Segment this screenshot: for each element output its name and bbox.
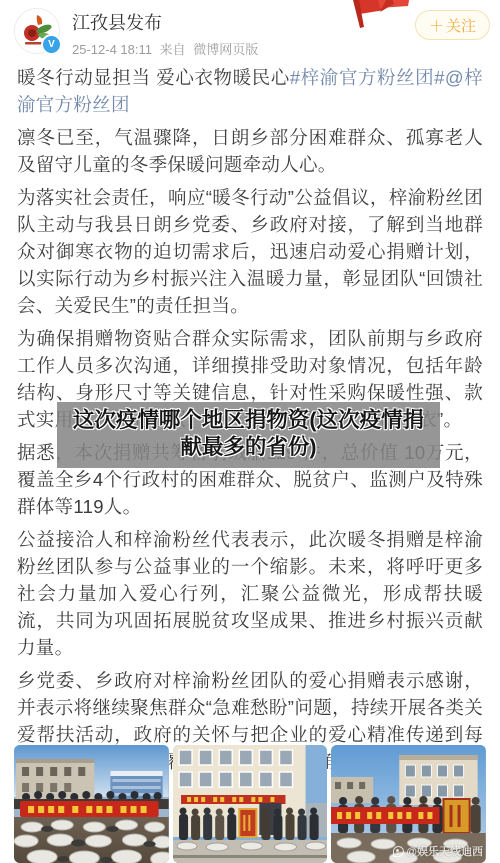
avatar[interactable]: V <box>14 8 60 54</box>
verified-badge-icon: V <box>41 34 62 55</box>
post-photo-3[interactable]: @娱乐天线迪西 <box>331 745 486 863</box>
follow-button[interactable]: ＋ 关注 <box>415 10 490 40</box>
post-title: 暖冬行动显担当 爱心衣物暖民心 <box>17 67 290 88</box>
post-header: V 江孜县发布 25-12-4 18:11 来自 微博网页版 ＋ 关注 <box>0 0 500 62</box>
timestamp: 25-12-4 18:11 <box>72 42 152 57</box>
watermark-title-overlay: 这次疫情哪个地区捐物资(这次疫情捐献最多的省份) <box>57 402 440 468</box>
paragraph: 凛冬已至，气温骤降，日朗乡部分困难群众、孤寡老人及留守儿童的冬季保暖问题牵动人心… <box>17 124 483 178</box>
source-prefix: 来自 <box>160 42 186 57</box>
photo-watermark: @娱乐天线迪西 <box>393 843 483 859</box>
photo-2-image <box>173 745 328 863</box>
post-meta: 25-12-4 18:11 来自 微博网页版 <box>72 39 484 58</box>
weibo-watermark-icon <box>393 846 404 857</box>
photo-1-image <box>14 745 169 863</box>
hashtag-link[interactable]: #梓渝官方粉丝团# <box>290 67 445 88</box>
post-photo-2[interactable] <box>173 745 328 863</box>
post-photo-1[interactable] <box>14 745 169 863</box>
photo-watermark-text: @娱乐天线迪西 <box>406 843 483 859</box>
follow-button-label: 关注 <box>446 15 476 36</box>
paragraph: 为落实社会责任，响应“暖冬行动”公益倡议，梓渝粉丝团队主动与我县日朗乡党委、乡政… <box>17 184 483 319</box>
source-name: 微博网页版 <box>193 42 258 57</box>
photo-strip: @娱乐天线迪西 <box>14 745 486 863</box>
plus-icon: ＋ <box>429 15 444 36</box>
paragraph: 公益接洽人和梓渝粉丝代表表示，此次暖冬捐赠是梓渝粉丝团队参与公益事业的一个缩影。… <box>17 526 483 661</box>
post-title-line: 暖冬行动显担当 爱心衣物暖民心#梓渝官方粉丝团#@梓渝官方粉丝团 <box>17 64 483 118</box>
